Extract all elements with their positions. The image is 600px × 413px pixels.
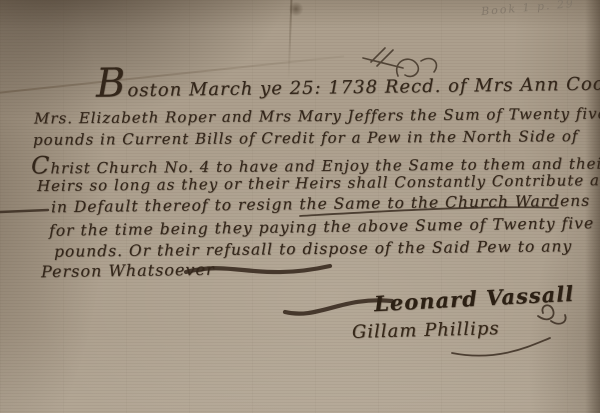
signature-leonard-vassall: Leonard Vassall xyxy=(373,281,574,316)
document-line-6: in Default thereof to resign the Same to… xyxy=(51,192,590,217)
document-line-2: Mrs. Elizabeth Roper and Mrs Mary Jeffer… xyxy=(34,104,600,127)
document-line-8: pounds. Or their refusall to dispose of … xyxy=(54,237,572,260)
flourish-vassall-loops xyxy=(538,305,566,323)
document-line-9: Person Whatsoever xyxy=(41,260,215,281)
document-line-3: pounds in Current Bills of Credit for a … xyxy=(33,127,579,149)
document-photo: Book 1 p. 29 Boston March ye 25: 1738 Re… xyxy=(0,0,600,413)
document-line-7: for the time being they paying the above… xyxy=(49,214,594,240)
document-line-1: Boston March ye 25: 1738 Recd. of Mrs An… xyxy=(96,56,600,111)
flourish-phillips-tail xyxy=(452,338,550,356)
ink-stain xyxy=(288,2,304,16)
pencil-archive-note: Book 1 p. 29 xyxy=(481,0,576,18)
signature-gillam-phillips: Gillam Phillips xyxy=(352,318,500,343)
fold-mark xyxy=(0,210,48,212)
